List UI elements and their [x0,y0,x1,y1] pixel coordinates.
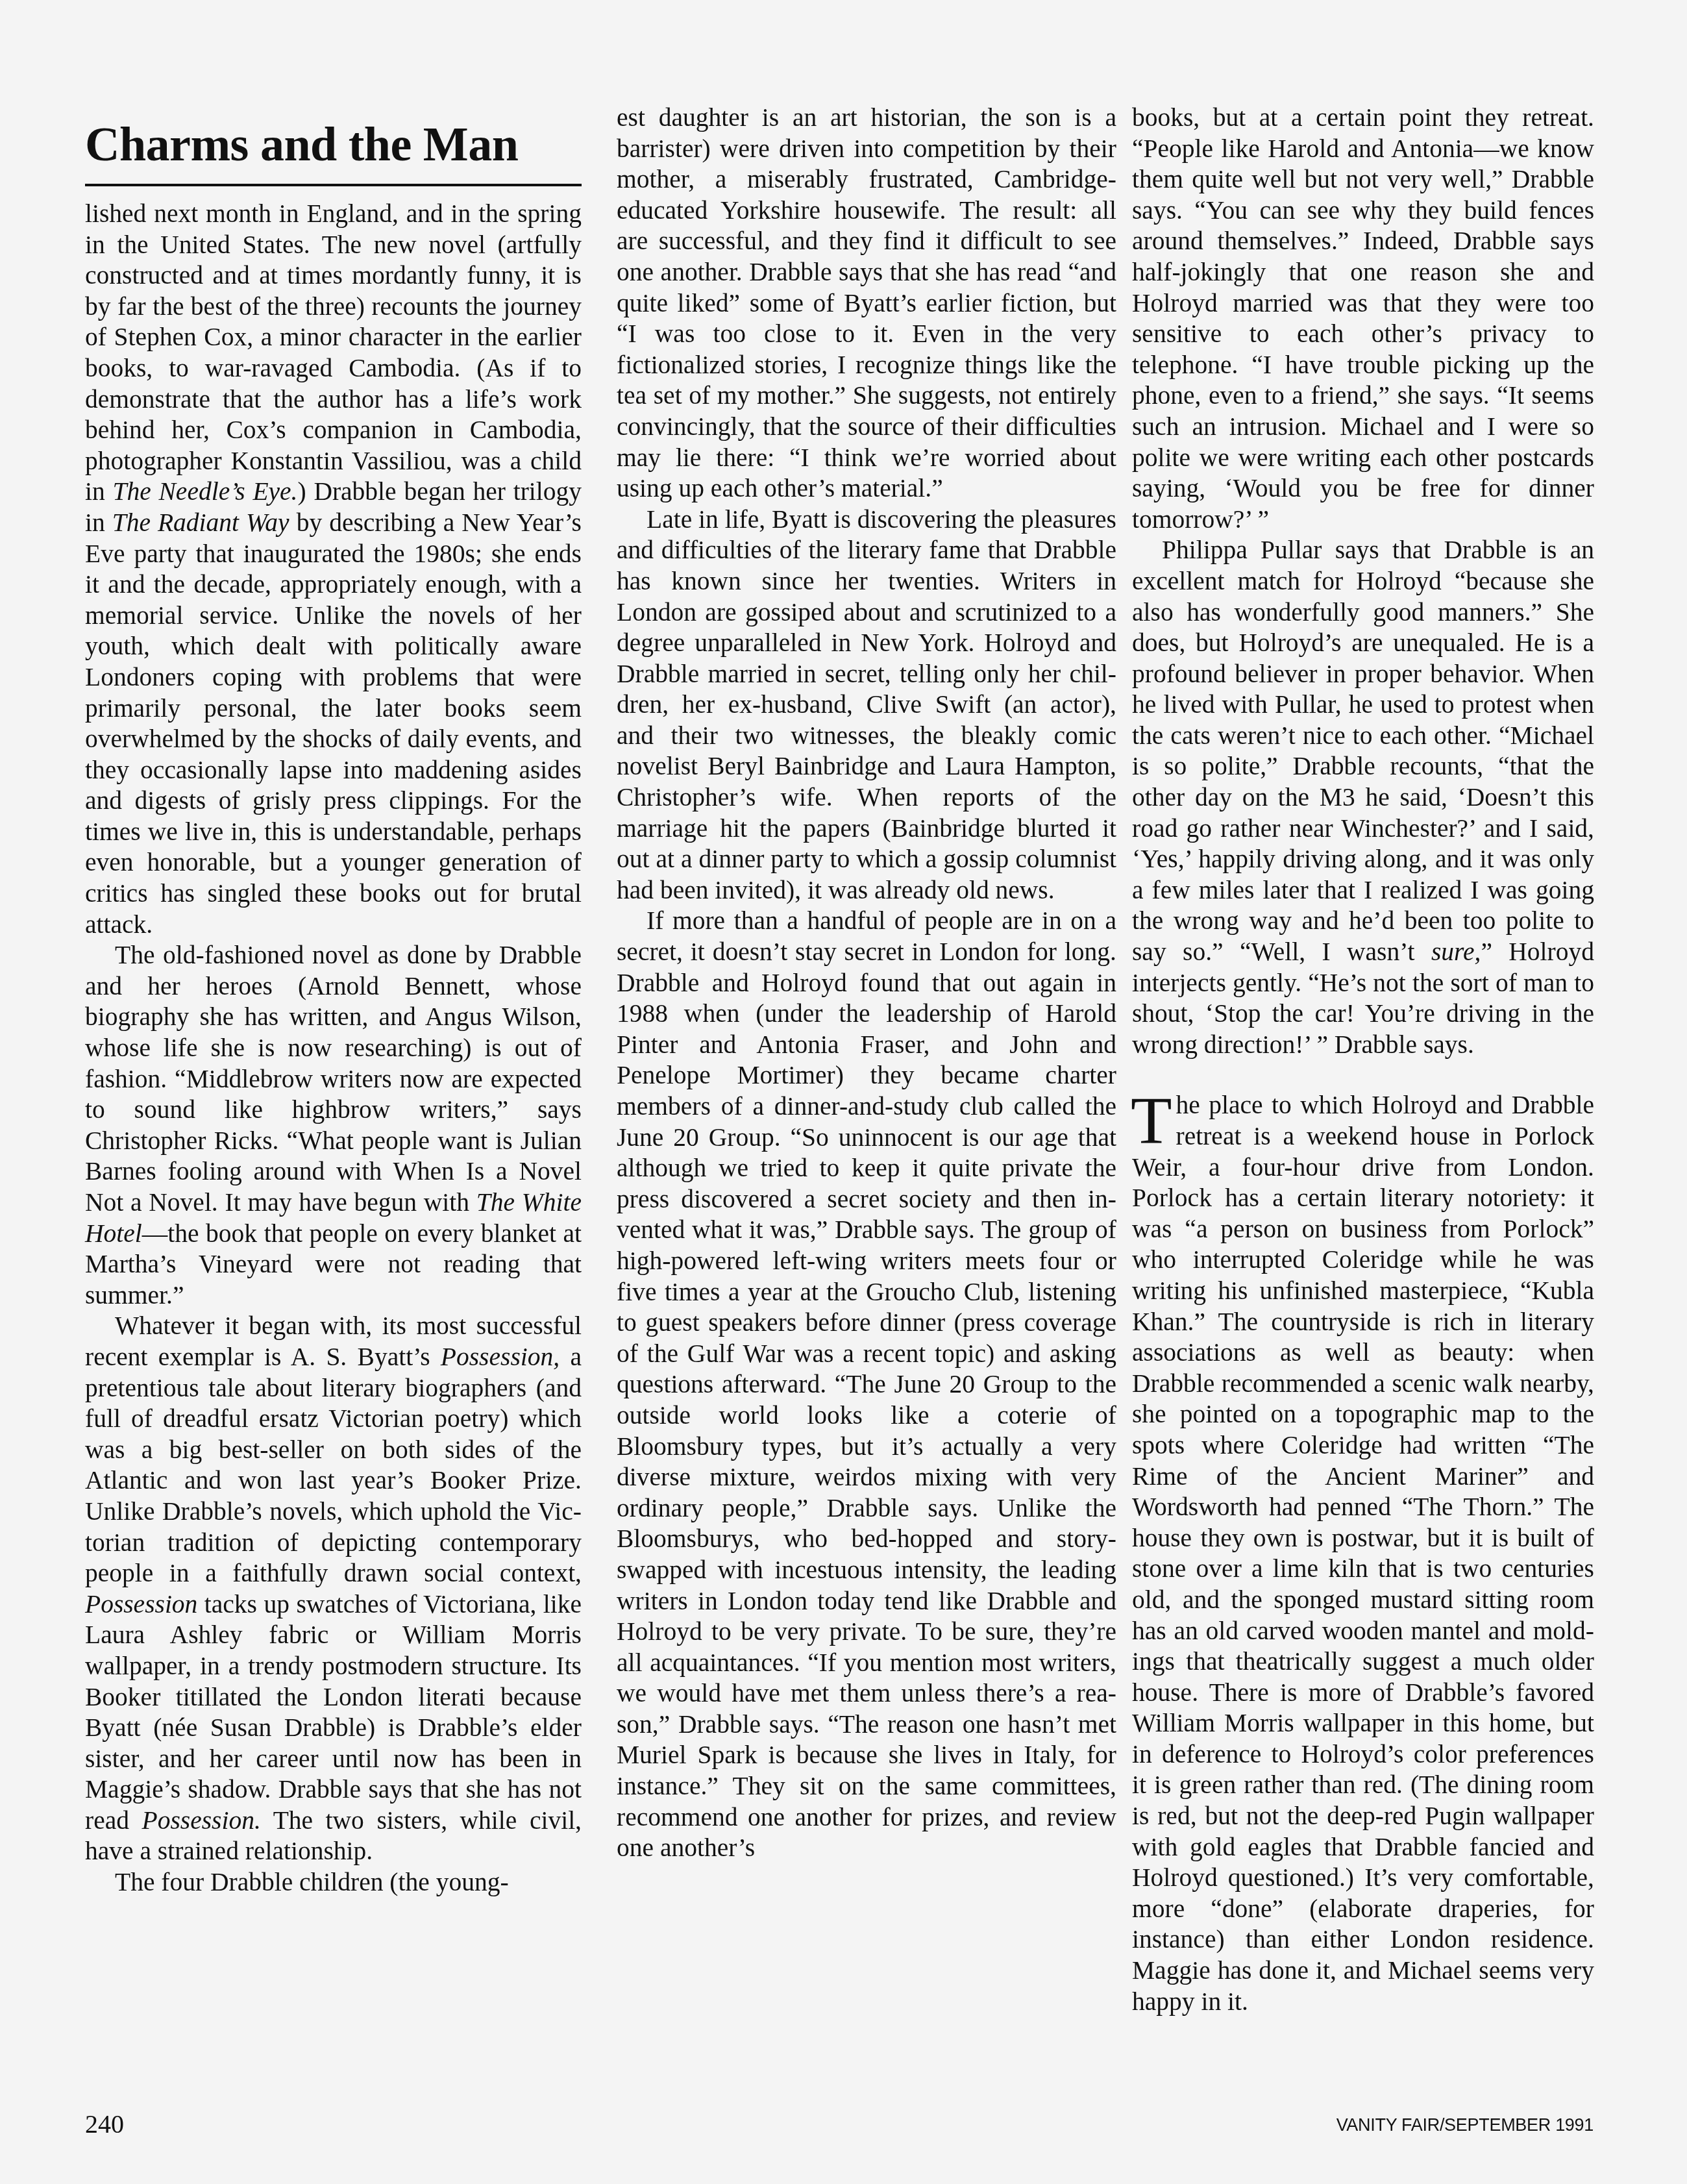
article-column-2: est daughter is an art historian, the so… [617,103,1116,1864]
paragraph: books, but at a certain point they retre… [1132,103,1594,535]
drop-cap: T [1131,1095,1172,1147]
paragraph: est daughter is an art historian, the so… [617,103,1116,504]
section-break [1132,1060,1594,1090]
page-number: 240 [85,2109,124,2139]
text-run: a pretentious tale about liter­ary biogr… [85,1343,582,1587]
article-column-1: lished next month in England, and in the… [85,199,582,1898]
italic-title: The Needle’s Eye. [113,477,298,506]
text-run: If more than a handful of people are in … [617,906,1116,1862]
text-run: The old-fashioned novel as done by Drabb… [85,941,582,1217]
text-run: by describing a New Year’s Eve par­ty th… [85,508,582,939]
paragraph: The old-fashioned novel as done by Drabb… [85,940,582,1311]
italic-title: The Radiant Way [112,508,289,537]
text-run: books, but at a certain point they retre… [1132,103,1594,534]
paragraph: Whatever it began with, its most suc­ces… [85,1311,582,1867]
paragraph: lished next month in England, and in the… [85,199,582,940]
text-run: est daughter is an art historian, the so… [617,103,1116,503]
title-rule [85,184,582,186]
italic-title: Possession [85,1590,197,1619]
article-title: Charms and the Man [85,116,582,174]
paragraph: If more than a handful of people are in … [617,906,1116,1863]
italic-title: sure, [1431,937,1481,966]
text-run: tacks up swatches of Vic­toriana, like L… [85,1590,582,1835]
text-run: The four Drabble children (the young- [115,1868,509,1896]
text-run: Philippa Pullar says that Drabble is an … [1132,536,1594,966]
text-run: Late in life, Byatt is discovering the p… [617,505,1116,904]
text-run: —the book that peo­ple on every blanket … [85,1219,582,1309]
italic-title: Possession. [142,1806,261,1835]
article-column-3: books, but at a certain point they retre… [1132,103,1594,2017]
publication-folio: VANITY FAIR/SEPTEMBER 1991 [1336,2115,1594,2135]
paragraph: Philippa Pullar says that Drabble is an … [1132,535,1594,1060]
paragraph: The four Drabble children (the young- [85,1867,582,1898]
paragraph: The place to which Holroyd and Drab­ble … [1132,1090,1594,2017]
text-run: lished next month in England, and in the… [85,199,582,506]
italic-title: Possession, [441,1343,560,1371]
text-run: he place to which Holroyd and Drab­ble r… [1132,1091,1594,2015]
paragraph: Late in life, Byatt is discovering the p… [617,504,1116,906]
